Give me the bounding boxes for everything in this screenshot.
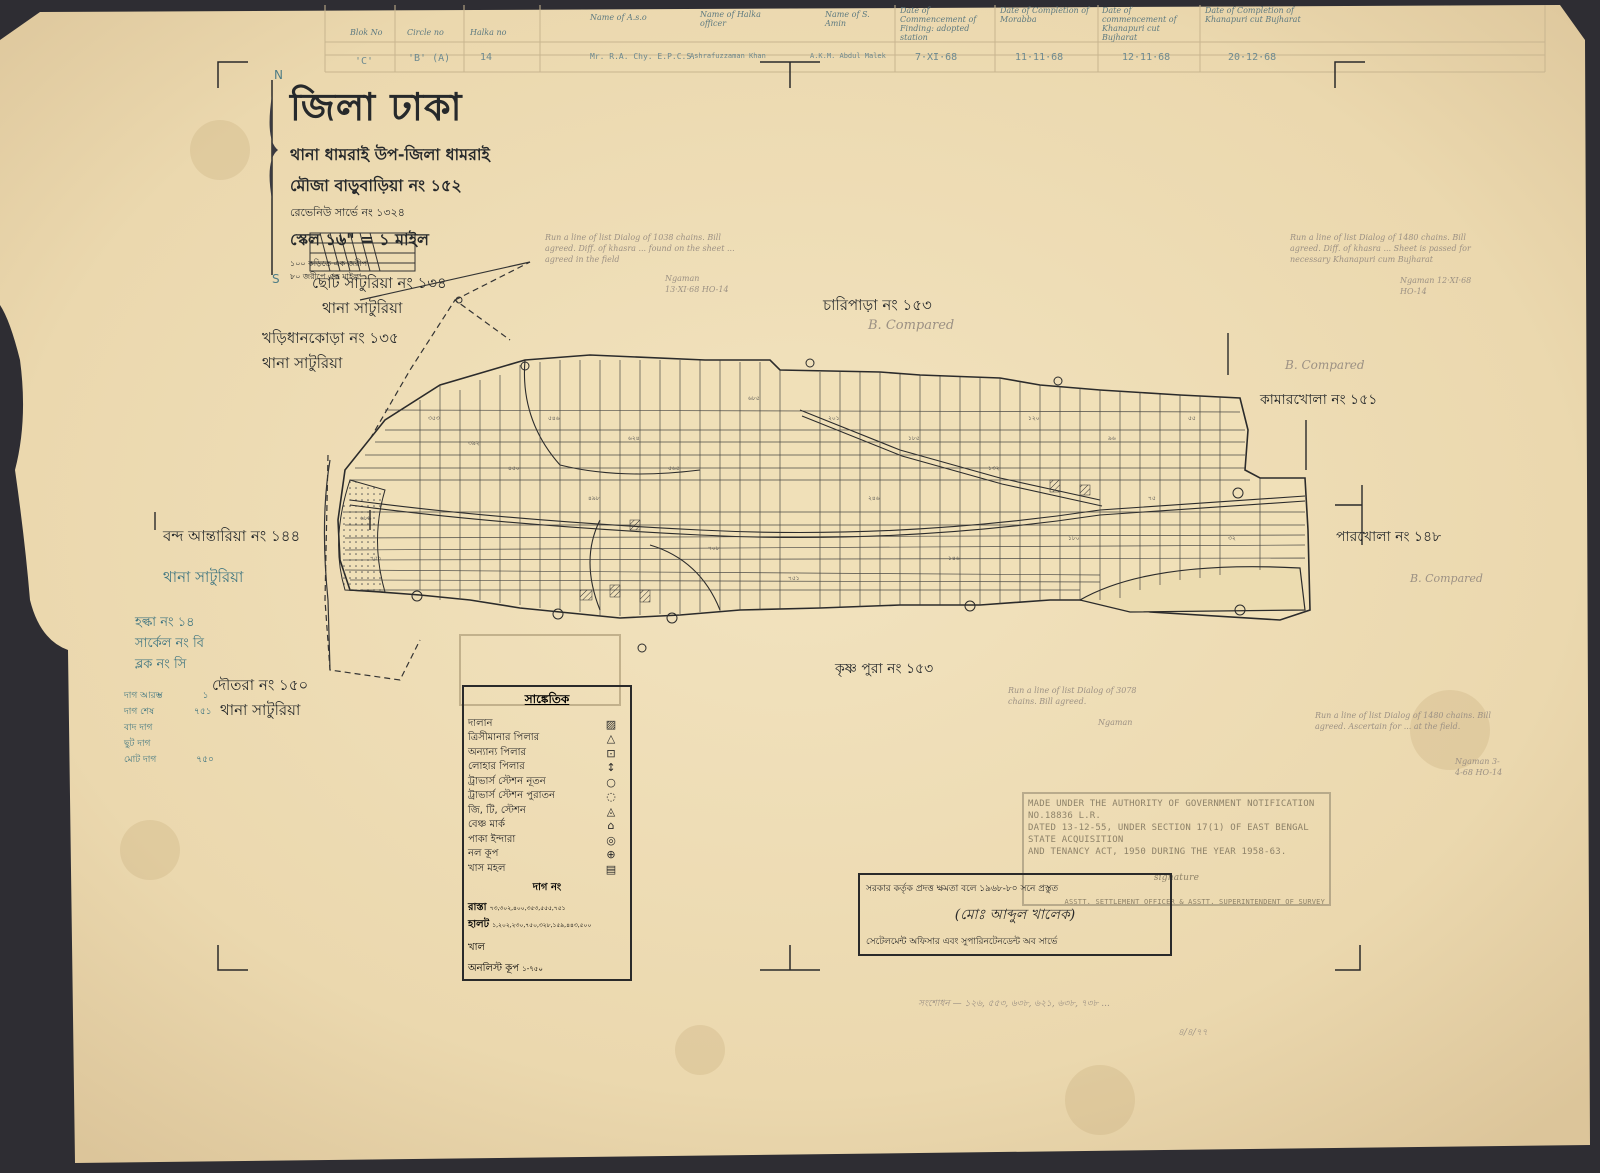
- pencil-note-b-compared-2: B. Compared: [1285, 358, 1365, 372]
- adjacent-mouza-khori-dhankora: খড়িধানকোড়া নং ১৩৫ থানা সাটুরিয়া: [262, 327, 399, 377]
- header-col-commencement: Date of Commencement of Finding: adopted…: [900, 6, 995, 42]
- adjacent-mouza-doutara: দৌতরা নং ১৫০ থানা সাটুরিয়া: [212, 674, 308, 724]
- header-val-halka: 14: [480, 52, 492, 63]
- svg-text:৩৯২: ৩৯২: [468, 440, 480, 447]
- header-col-halka: Halka no: [470, 28, 506, 37]
- svg-text:৪৫০: ৪৫০: [508, 465, 520, 472]
- adjacent-mouza-charipara: চারিপাড়া নং ১৫৩: [823, 294, 932, 319]
- header-val-khanapuri-end: 20·12·68: [1228, 52, 1276, 63]
- plot-row-start: দাগ আরম্ভ১: [124, 688, 214, 704]
- certificate-signature: (মোঃ আব্দুল খালেক): [860, 903, 1170, 927]
- title-block: জিলা ঢাকা থানা ধামরাই উপ-জিলা ধামরাই মৌজ…: [290, 78, 490, 284]
- adjacent-mouza-bondo-atharia: বন্দ আন্তারিয়া নং ১৪৪ থানা সাটুরিয়া: [163, 525, 300, 591]
- well-icon: ◎: [598, 834, 624, 847]
- svg-text:৫৪৬: ৫৪৬: [548, 415, 560, 422]
- header-col-halka-officer: Name of Halka officer: [700, 10, 780, 28]
- svg-text:১৮০: ১৮০: [1068, 535, 1080, 542]
- header-col-khanapuri-end: Date of Completion of Khanapuri cut Bujh…: [1205, 6, 1305, 24]
- mouza-line: মৌজা বাড়ুবাড়িয়া নং ১৫২: [290, 173, 490, 200]
- svg-text:৬২৪: ৬২৪: [628, 435, 640, 442]
- svg-text:১৪৬: ১৪৬: [948, 555, 960, 562]
- header-val-circle: 'B' (A): [408, 53, 450, 64]
- svg-text:৫৫: ৫৫: [1188, 415, 1196, 422]
- circle-number: সার্কেল নং বি: [135, 633, 204, 654]
- plot-number-heading: দাগ নং: [464, 880, 630, 897]
- plot-row-skipped: ছুট দাগ: [124, 736, 214, 752]
- square-pillar-icon: ⊡: [598, 747, 624, 760]
- legend-khal: খাল: [464, 940, 630, 957]
- adjacent-mouza-parkhola: পারখোলা নং ১৪৮: [1336, 525, 1441, 549]
- iron-pillar-icon: ↕: [598, 761, 624, 774]
- bench-mark-icon: ⌂: [598, 819, 624, 832]
- header-val-khanapuri-start: 12·11·68: [1122, 52, 1170, 63]
- thana-line: থানা ধামরাই উপ-জিলা ধামরাই: [290, 142, 490, 169]
- south-label: S: [272, 272, 280, 286]
- plot-row-end: দাগ শেষ৭৫১: [124, 704, 214, 720]
- header-col-circle: Circle no: [407, 28, 444, 37]
- settlement-certificate: সরকার কর্তৃক প্রদত্ত ক্ষমতা বলে ১৯৬৮-৮০ …: [858, 873, 1172, 956]
- adjacent-mouza-krishnapura: কৃষ্ণ পুরা নং ১৫৩: [835, 657, 933, 681]
- header-val-block: 'C': [355, 56, 373, 67]
- block-number: ব্লক নং সি: [135, 654, 204, 675]
- legend-road: রাস্তা ৭৩,৩০২,৪০০,৩৫৩,৫৫৫,৭৫১: [464, 900, 630, 917]
- svg-text:২০১: ২০১: [828, 415, 840, 422]
- circle-station-icon: ○: [598, 776, 624, 789]
- pencil-note-b-compared-3: B. Compared: [1410, 572, 1483, 585]
- header-val-morabba: 11·11·68: [1015, 52, 1063, 63]
- legend-unlisted: অনলিস্ট কূপ ১-৭৫০: [464, 961, 630, 978]
- header-val-commencement: 7·XI·68: [915, 52, 957, 63]
- svg-text:৭৫১: ৭৫১: [788, 575, 800, 582]
- header-col-aso: Name of A.s.o: [590, 13, 647, 22]
- revenue-survey-line: রেভেনিউ সার্ভে নং ১৩২৪: [290, 204, 490, 223]
- svg-text:৬৮৫: ৬৮৫: [748, 395, 760, 402]
- svg-text:১৩২: ১৩২: [988, 465, 1000, 472]
- pencil-note-center: Run a line of list Dialog of 3078 chains…: [1008, 685, 1158, 728]
- dashed-circle-station-icon: ◌: [598, 790, 624, 803]
- pencil-note-b-compared-1: B. Compared: [868, 318, 954, 333]
- header-val-halka-officer: Ashrafuzzaman Khan: [690, 52, 766, 60]
- svg-text:১২০: ১২০: [1028, 415, 1040, 422]
- svg-text:৩৫৩: ৩৫৩: [428, 415, 440, 422]
- district-title: জিলা ঢাকা: [290, 78, 490, 142]
- scale-line: স্কেল ১৬" = ১ মাইল: [290, 227, 490, 254]
- pencil-note-top-right: Run a line of list Dialog of 1480 chains…: [1290, 232, 1490, 297]
- tubewell-icon: ⊕: [598, 848, 624, 861]
- header-col-block: Blok No: [350, 28, 382, 37]
- legend-halot: হালট ১,২০২,২৩০,৭৫০,৩২৮,১৫৯,৪৪৩,৫০০: [464, 917, 630, 934]
- svg-text:১৮৫: ১৮৫: [908, 435, 920, 442]
- pencil-note-top-left: Run a line of list Dialog of 1038 chains…: [545, 232, 735, 295]
- pencil-note-bottom-right: Run a line of list Dialog of 1480 chains…: [1315, 710, 1505, 778]
- adjacent-mouza-kamarkhola: কামারখোলা নং ১৫১: [1260, 388, 1377, 412]
- svg-text:৩২: ৩২: [1228, 535, 1236, 542]
- scale-note-1: ১০০ কড়িতে এক জরীপ: [290, 258, 490, 271]
- svg-text:২৪৬: ২৪৬: [868, 495, 880, 502]
- building-hatch-icon: ▨: [598, 718, 624, 731]
- header-col-morabba: Date of Completion of Morabba: [1000, 6, 1095, 24]
- triangle-pillar-icon: △: [598, 732, 624, 745]
- svg-text:৯৬: ৯৬: [1108, 435, 1116, 442]
- header-col-amin: Name of S. Amin: [825, 10, 885, 28]
- certificate-line-1: সরকার কর্তৃক প্রদত্ত ক্ষমতা বলে ১৯৬৮-৮০ …: [860, 875, 1170, 896]
- certificate-line-3: সেটেলমেন্ট অফিসার এবং সুপারিনটেনডেন্ট অব…: [860, 927, 1170, 949]
- svg-text:৪৯৮: ৪৯৮: [588, 495, 600, 502]
- header-val-amin: A.K.M. Abdul Malek: [810, 52, 886, 60]
- legend-item-khas-mahal: খাস মহল▤: [464, 862, 630, 877]
- plot-row-excluded: বাদ দাগ: [124, 720, 214, 736]
- svg-text:৭৫: ৭৫: [1148, 495, 1156, 502]
- svg-text:৭০৮: ৭০৮: [708, 545, 720, 552]
- legend-box: সাঙ্কেতিক দালান▨ ত্রিসীমানার পিলার△ অন্য…: [462, 685, 632, 981]
- halka-circle-block-info: হল্কা নং ১৪ সার্কেল নং বি ব্লক নং সি: [135, 612, 204, 675]
- legend-title: সাঙ্কেতিক: [464, 691, 630, 711]
- svg-text:৫৬৫: ৫৬৫: [668, 465, 680, 472]
- plot-row-total: মোট দাগ৭৫০: [124, 752, 214, 768]
- svg-text:৭৫১: ৭৫১: [370, 555, 382, 562]
- header-val-aso: Mr. R.A. Chy. E.P.C.S.: [590, 52, 696, 61]
- gt-triangle-icon: ◬: [598, 805, 624, 818]
- header-col-khanapuri-start: Date of commencement of Khanapuri cut Bu…: [1102, 6, 1197, 42]
- plot-count-table: দাগ আরম্ভ১ দাগ শেষ৭৫১ বাদ দাগ ছুট দাগ মো…: [124, 688, 214, 768]
- pencil-note-bottom: সংশোধন — ১২৬, ৫৫৩, ৬৩৮, ৬২১, ৬৩৮, ৭৩৮ ..…: [918, 998, 1218, 1040]
- khas-mahal-pattern-icon: ▤: [598, 863, 624, 876]
- north-label: N: [274, 68, 283, 82]
- adjacent-mouza-choto-saturia: ছোট সাটুরিয়া নং ১৩৪ থানা সাটুরিয়া: [312, 272, 447, 322]
- halka-number: হল্কা নং ১৪: [135, 612, 204, 633]
